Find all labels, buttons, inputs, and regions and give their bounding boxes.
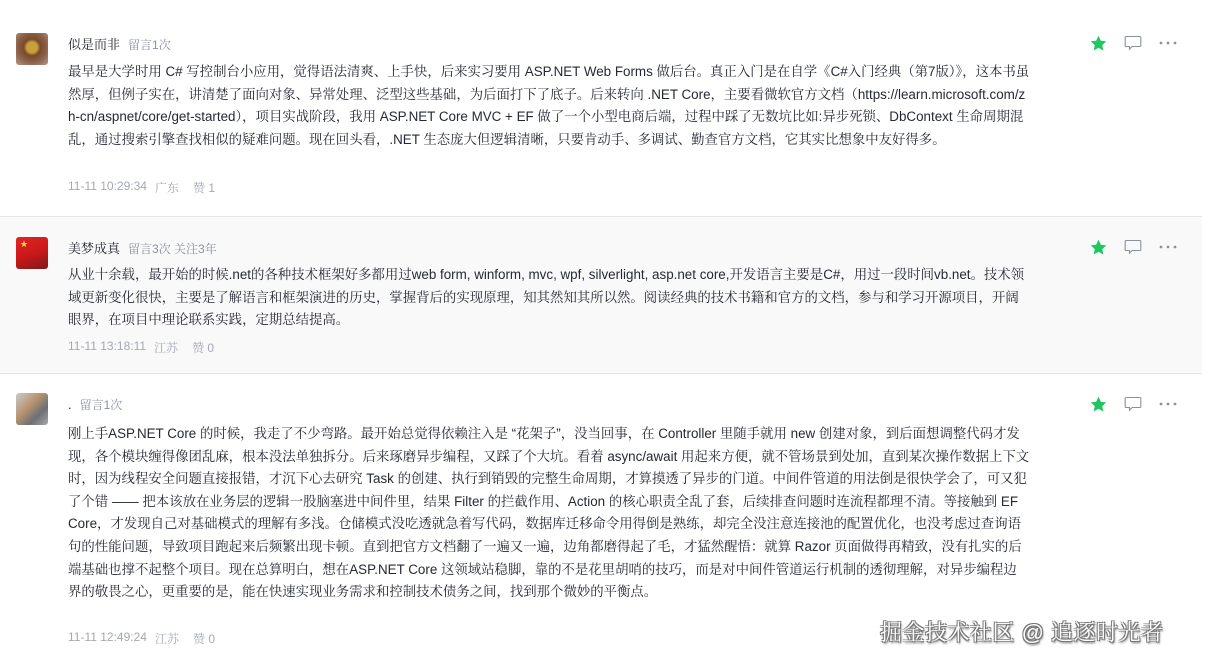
comment-bubble-icon — [1124, 396, 1142, 412]
avatar[interactable] — [16, 33, 48, 65]
comment-header: 似是而非 留言1次 — [68, 34, 171, 53]
comment-count-badge: 留言1次 — [80, 396, 123, 413]
like-count[interactable]: 赞 0 — [192, 339, 214, 356]
username[interactable]: 美梦成真 — [68, 238, 120, 257]
star-button[interactable] — [1088, 394, 1108, 414]
comment-actions — [1088, 33, 1178, 53]
comment-bubble-icon — [1124, 239, 1142, 255]
comment-footer: 11-11 13:18:11 江苏 赞 0 — [68, 339, 214, 356]
like-count[interactable]: 赞 0 — [193, 630, 215, 647]
more-horizontal-icon — [1159, 245, 1177, 249]
star-filled-icon — [1089, 395, 1108, 414]
username[interactable]: 似是而非 — [68, 34, 120, 53]
username[interactable]: . — [68, 397, 72, 412]
avatar[interactable]: ★ — [16, 237, 48, 269]
comment-list: 似是而非 留言1次 最早是大学时用 C# 写控制台小应用，觉得语法清爽、上手快，… — [0, 0, 1202, 666]
follow-duration-text: 关注3年 — [174, 242, 217, 256]
comment-region: 江苏 — [155, 630, 179, 647]
more-button[interactable] — [1158, 237, 1178, 257]
comment-region: 广东 — [155, 179, 179, 196]
comment-item: 似是而非 留言1次 最早是大学时用 C# 写控制台小应用，觉得语法清爽、上手快，… — [0, 0, 1202, 216]
star-button[interactable] — [1088, 33, 1108, 53]
avatar[interactable] — [16, 393, 48, 425]
reply-button[interactable] — [1123, 394, 1143, 414]
comment-footer: 11-11 12:49:24 江苏 赞 0 — [68, 630, 215, 647]
comment-count-text: 留言3次 — [128, 242, 171, 256]
comment-time: 11-11 10:29:34 — [68, 179, 147, 196]
like-count[interactable]: 赞 1 — [193, 179, 215, 196]
comment-item: ★ 美梦成真 留言3次 关注3年 从业十余载，最开始的时候.net的各种技术框架… — [0, 216, 1202, 374]
comment-count-badge: 留言1次 — [128, 36, 171, 53]
comment-actions — [1088, 237, 1178, 257]
more-button[interactable] — [1158, 33, 1178, 53]
comment-content: 从业十余载，最开始的时候.net的各种技术框架好多都用过web form, wi… — [68, 264, 1030, 332]
watermark: 掘金技术社区 @ 追逐时光者 — [880, 616, 1164, 647]
more-button[interactable] — [1158, 394, 1178, 414]
star-filled-icon — [1089, 238, 1108, 257]
more-horizontal-icon — [1159, 402, 1177, 406]
comment-header: 美梦成真 留言3次 关注3年 — [68, 238, 217, 257]
reply-button[interactable] — [1123, 237, 1143, 257]
star-button[interactable] — [1088, 237, 1108, 257]
more-horizontal-icon — [1159, 41, 1177, 45]
star-filled-icon — [1089, 34, 1108, 53]
avatar-star-decoration: ★ — [20, 240, 28, 249]
comment-header: . 留言1次 — [68, 396, 122, 413]
comment-content: 刚上手ASP.NET Core 的时候，我走了不少弯路。最开始总觉得依赖注入是 … — [68, 423, 1030, 604]
comment-time: 11-11 12:49:24 — [68, 630, 147, 647]
comment-footer: 11-11 10:29:34 广东 赞 1 — [68, 179, 215, 196]
comment-time: 11-11 13:18:11 — [68, 339, 146, 356]
comment-bubble-icon — [1124, 35, 1142, 51]
reply-button[interactable] — [1123, 33, 1143, 53]
comment-region: 江苏 — [154, 339, 178, 356]
comment-content: 最早是大学时用 C# 写控制台小应用，觉得语法清爽、上手快，后来实习要用 ASP… — [68, 61, 1030, 151]
comment-count-badge: 留言3次 关注3年 — [128, 240, 217, 257]
comment-actions — [1088, 394, 1178, 414]
